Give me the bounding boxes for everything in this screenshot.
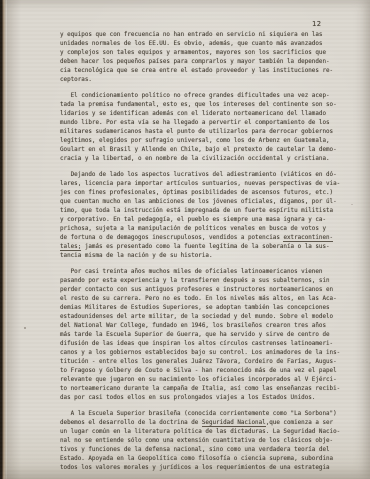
text-line: lares, licencia para importar artículos … (60, 180, 356, 189)
text-line: y equipos que con frecuencia no han entr… (60, 31, 356, 40)
text-line: ceptoras. (60, 76, 356, 85)
underlined-text: Seguridad Nacional (202, 420, 266, 427)
text-line: y complejos son tales equipos y armament… (60, 49, 356, 58)
text-line: del National War College, fundado en 194… (60, 322, 356, 331)
text-line: tada la premisa fundamental, esto es, qu… (60, 101, 356, 110)
text-line: titución - entre ellos los generales Juá… (60, 358, 356, 367)
scan-binding-edge (0, 0, 7, 479)
text-line: militares sudamericanos hasta el punto d… (60, 128, 356, 137)
text-line: un lugar común en la literatura política… (60, 428, 356, 437)
text-line: más tarde la Escuela Superior de Guerra,… (60, 331, 356, 340)
scan-edge-shadow (7, 0, 21, 479)
text-line: todos los valores morales y jurídicos a … (60, 464, 356, 473)
text-line: demias Militares de Estudios Superiores,… (60, 304, 356, 313)
text-line: unidades normales de los EE.UU. Es obvio… (60, 40, 356, 49)
text-line: das por casi todos ellos en sus prolonga… (60, 394, 356, 403)
text-line: to norteamericano durante la campaña de … (60, 385, 356, 394)
text-line: tales; jamás es presentado como la fuent… (60, 243, 356, 252)
text-line: Dejando de lado los aspectos lucrativos … (60, 171, 356, 180)
text-line: Estado. Apoyada en la Geopolítica como f… (60, 455, 356, 464)
text-line: jes con fines profesionales, óptimas pos… (60, 189, 356, 198)
text-line: debemos el desarrollo de la doctrina de … (60, 419, 356, 428)
text-line: prichosa, sujeta a la manipulación de po… (60, 225, 356, 234)
text-line: deben hacer los pequeños países para com… (60, 58, 356, 67)
text-line: Por casi treinta años muchos miles de of… (60, 268, 356, 277)
text-line: legítimos, elegidos por sufragio univers… (60, 137, 356, 146)
paragraph: y equipos que con frecuencia no han entr… (60, 31, 356, 85)
text-line: tivos y funciones de la defensa nacional… (60, 446, 356, 455)
paragraph: A la Escuela Superior brasileña (conocid… (60, 410, 356, 473)
text-line: y corporativo. En tal pedagogía, el pueb… (60, 216, 356, 225)
text-line: de fortuna o de demagogos inescrupulosos… (60, 234, 356, 243)
paragraph: El condicionamiento político no ofrece g… (60, 92, 356, 164)
text-line: relevante que jugaron en su nacimiento l… (60, 376, 356, 385)
document-text: y equipos que con frecuencia no han entr… (60, 31, 356, 479)
text-line: Goulart en el Brasil y Allende en Chile,… (60, 146, 356, 155)
paragraph: Dejando de lado los aspectos lucrativos … (60, 171, 356, 261)
text-line: canos y a los gobiernos establecidos baj… (60, 349, 356, 358)
document-page: 12 y equipos que con frecuencia no han e… (0, 0, 370, 479)
text-line: lidarios y se identifican además con el … (60, 110, 356, 119)
text-line: cia tecnológica que se crea entre el est… (60, 67, 356, 76)
text-line: difusión de las ideas que inspiran los a… (60, 340, 356, 349)
text-line: A la Escuela Superior brasileña (conocid… (60, 410, 356, 419)
scan-speck (24, 327, 26, 329)
text-line: que cuentan mucho en las ambiciones de l… (60, 198, 356, 207)
text-line: nal no se entiende sólo como una extensi… (60, 437, 356, 446)
text-line: timo, que toda la instrucción está impre… (60, 207, 356, 216)
text-line: cracia y la libertad, o en nombre de la … (60, 155, 356, 164)
text-line: el resto de su carrera. Pero no es todo.… (60, 295, 356, 304)
text-line: estadounidenses del arte militar, de la … (60, 313, 356, 322)
page-number: 12 (312, 20, 321, 28)
text-line: to Fragoso y Golbery de Couto e Silva - … (60, 367, 356, 376)
text-line: perder contacto con sus antiguos profeso… (60, 286, 356, 295)
text-line: tancia misma de la nación y de su histor… (60, 252, 356, 261)
text-line: mundo libre. Por esta vía se ha llegado … (60, 119, 356, 128)
underlined-text: tales; (60, 244, 81, 251)
paragraph: Por casi treinta años muchos miles de of… (60, 268, 356, 403)
text-line: El condicionamiento político no ofrece g… (60, 92, 356, 101)
text-line: pasando por esta experiencia y la transf… (60, 277, 356, 286)
underlined-text: extracontinen- (283, 235, 333, 242)
